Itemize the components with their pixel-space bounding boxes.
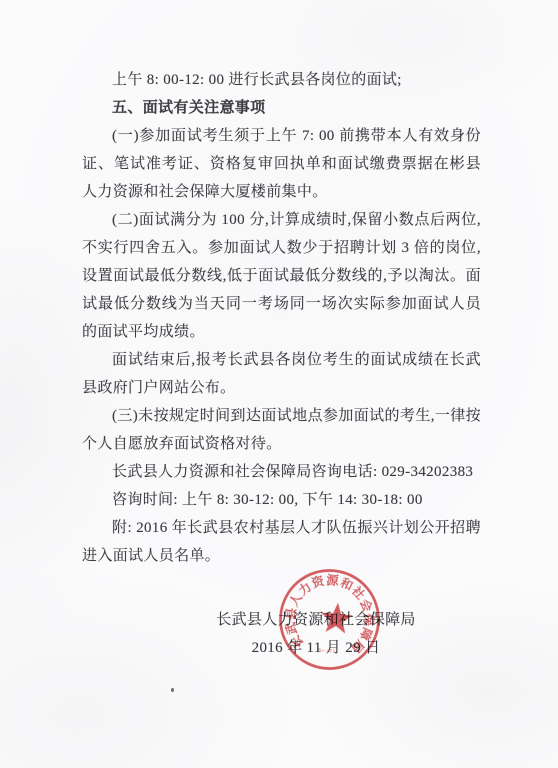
official-seal-graphic: 长武县人力资源和社会保障局 No.423: [273, 562, 387, 678]
paragraph-item-1: (一)参加面试考生须于上午 7: 00 前携带本人有效身份证、笔试准考证、资格复…: [82, 122, 481, 206]
seal-number: No.423: [318, 647, 336, 653]
paragraph-contact-phone: 长武县人力资源和社会保障局咨询电话: 029-34202383: [82, 458, 481, 486]
scanned-document-page: 上午 8: 00-12: 00 进行长武县各岗位的面试; 五、面试有关注意事项 …: [0, 0, 558, 768]
paragraph-item-3: (三)未按规定时间到达面试地点参加面试的考生,一律按个人自愿放弃面试资格对待。: [82, 402, 481, 458]
document-body: 上午 8: 00-12: 00 进行长武县各岗位的面试; 五、面试有关注意事项 …: [82, 66, 481, 570]
section-heading-notes: 五、面试有关注意事项: [82, 94, 481, 122]
paragraph-results-publish: 面试结束后,报考长武县各岗位考生的面试成绩在长武县政府门户网站公布。: [82, 346, 481, 402]
official-seal: 长武县人力资源和社会保障局 No.423: [273, 562, 387, 678]
star-icon: [320, 601, 354, 634]
paragraph-interview-time: 上午 8: 00-12: 00 进行长武县各岗位的面试;: [82, 66, 481, 94]
paragraph-contact-hours: 咨询时间: 上午 8: 30-12: 00, 下午 14: 30-18: 00: [82, 486, 481, 514]
scan-speck: [171, 688, 174, 692]
paragraph-item-2: (二)面试满分为 100 分,计算成绩时,保留小数点后两位,不实行四舍五入。参加…: [82, 206, 481, 346]
